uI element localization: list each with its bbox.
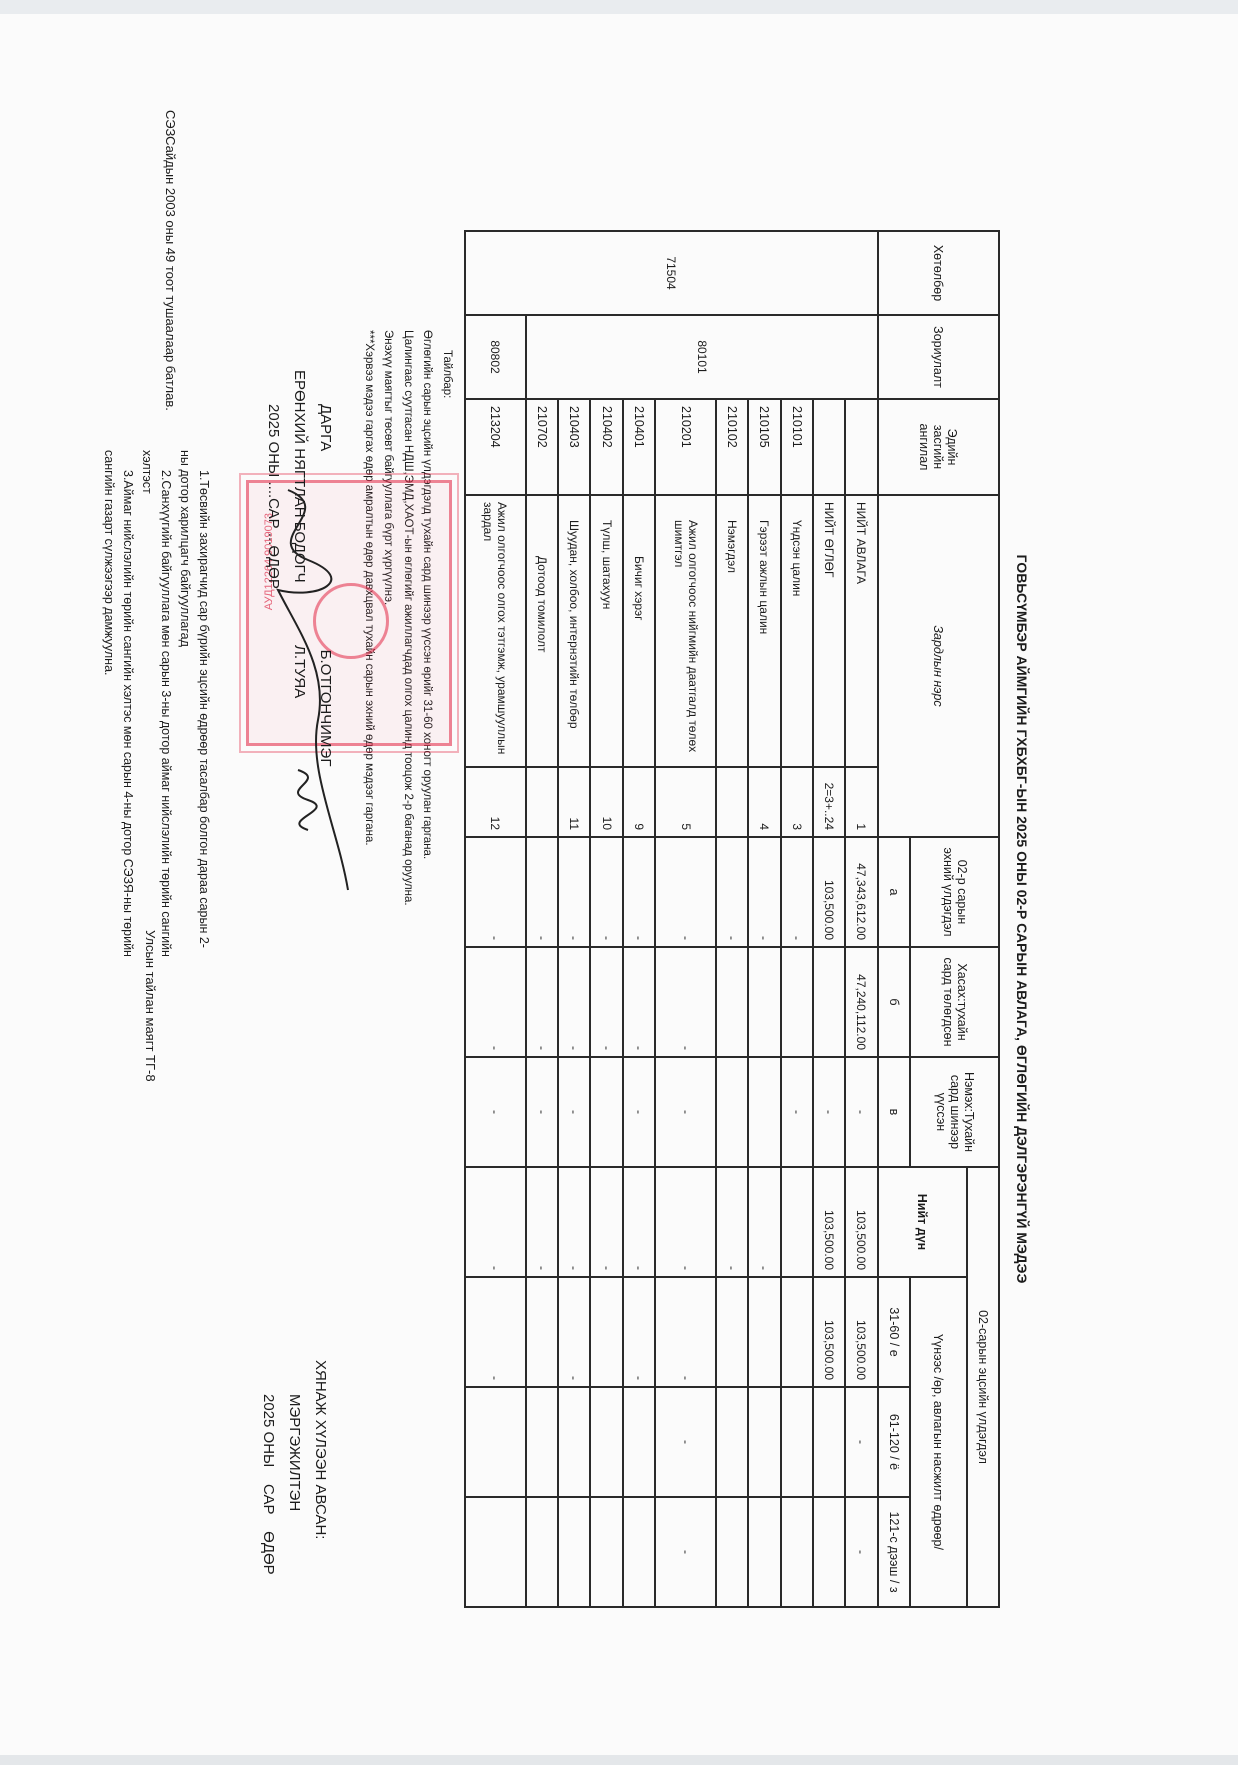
note-line: ны дотор харилцагч байгууллагад [175, 290, 194, 1130]
line-number: 9 [623, 767, 655, 837]
econ-code: 210702 [526, 399, 558, 495]
line-number: 1 [845, 767, 877, 837]
plus-new-value [716, 1057, 748, 1167]
allocation-code: 80101 [526, 315, 878, 399]
col-aging-61-120: 61-120 / ё [878, 1387, 910, 1497]
aging-121-plus-value [526, 1497, 558, 1607]
receivables-payables-table: ХөтөлбөрЗориулалтЭдийн засгийн ангилалЗа… [464, 230, 1000, 1608]
total-value: 103,500.00 [845, 1167, 877, 1277]
plus-new-value: - [623, 1057, 655, 1167]
review-date: 2025 ОНЫ САР ӨДӨР [255, 1360, 281, 1575]
col-plus-new: Нэмэх:Тухайн сард шинээр үүссэн [910, 1057, 999, 1167]
aging-121-plus-value [465, 1497, 526, 1607]
table-row: 210702Дотоод томилолт---- [526, 231, 558, 1607]
line-number: 10 [590, 767, 622, 837]
econ-code: 213204 [465, 399, 526, 495]
scan-edge-bottom [0, 1755, 1238, 1765]
aging-61-120-value [623, 1387, 655, 1497]
col-aging-group: Үүнээс /өр, авлагын насжилт өдрөөр/ [910, 1277, 967, 1607]
col-aging-121-plus: 121-с дээш / з [878, 1497, 910, 1607]
aging-31-60-value: - [558, 1277, 590, 1387]
econ-code: 210401 [623, 399, 655, 495]
total-value [781, 1167, 813, 1277]
total-value: - [558, 1167, 590, 1277]
aging-121-plus-value [716, 1497, 748, 1607]
total-value: - [465, 1167, 526, 1277]
expense-name: Ажил олгогчоос олгох тэтгэмж, урамшууллы… [465, 495, 526, 767]
table-row: 210101Үндсэн цалин3-- [781, 231, 813, 1607]
col-total: Нийт дүн [878, 1167, 967, 1277]
signature-scribble-icon [248, 470, 358, 910]
plus-new-value: - [781, 1057, 813, 1167]
col-opening-balance: 02-р сарын эхний үлдэгдэл [910, 837, 999, 947]
table-row: 7150480101НИЙТ АВЛАГА147,343,612.0047,24… [845, 231, 877, 1607]
table-row: 210402Түлш, шатахуун10--- [590, 231, 622, 1607]
aging-61-120-value [590, 1387, 622, 1497]
col-econ-class: Эдийн засгийн ангилал [878, 399, 999, 495]
line-number: 11 [558, 767, 590, 837]
table-row: НИЙТ ӨГЛӨГ2=3+..24103,500.00-103,500.001… [813, 231, 845, 1607]
aging-31-60-value [590, 1277, 622, 1387]
expense-name: Ажил олгогчоос нийгмийн даатгалд төлөх ш… [655, 495, 716, 767]
header-row: ХөтөлбөрЗориулалтЭдийн засгийн ангилалЗа… [967, 231, 999, 1607]
plus-new-value: - [558, 1057, 590, 1167]
plus-new-value: - [845, 1057, 877, 1167]
minus-paid-value [813, 947, 845, 1057]
econ-code: 210102 [716, 399, 748, 495]
expense-name: Түлш, шатахуун [590, 495, 622, 767]
minus-paid-value: - [623, 947, 655, 1057]
opening-balance-value: 103,500.00 [813, 837, 845, 947]
aging-121-plus-value [781, 1497, 813, 1607]
aging-31-60-value: - [655, 1277, 716, 1387]
line-number [526, 767, 558, 837]
line-number: 2=3+..24 [813, 767, 845, 837]
opening-balance-value: - [716, 837, 748, 947]
expense-name: Гэрээт ажлын цалин [748, 495, 780, 767]
table-row: 80802213204Ажил олгогчоос олгох тэтгэмж,… [465, 231, 526, 1607]
aging-121-plus-value [813, 1497, 845, 1607]
col-closing-group: 02-сарын эцсийн үлдэгдэл [967, 1167, 999, 1607]
aging-61-120-value [526, 1387, 558, 1497]
line-number: 12 [465, 767, 526, 837]
aging-31-60-value [781, 1277, 813, 1387]
aging-31-60-value: 103,500.00 [813, 1277, 845, 1387]
plus-new-value [590, 1057, 622, 1167]
econ-code: 210402 [590, 399, 622, 495]
col-expense-type: Зардлын нэрс [878, 495, 999, 837]
aging-61-120-value: - [845, 1387, 877, 1497]
expense-name: Дотоод томилолт [526, 495, 558, 767]
opening-balance-value: - [590, 837, 622, 947]
total-value: - [748, 1167, 780, 1277]
minus-paid-value: 47,240,112.00 [845, 947, 877, 1057]
document-title: ГОВЬСҮМБЭР АЙМГИЙН ГХБХБГ-ЫН 2025 ОНЫ 02… [1014, 230, 1030, 1608]
aging-121-plus-value [590, 1497, 622, 1607]
econ-code [813, 399, 845, 495]
econ-code: 210105 [748, 399, 780, 495]
note-line: сангийн газарт сүлжээгээр дамжуулна. [99, 290, 118, 1130]
aging-61-120-value: - [655, 1387, 716, 1497]
aging-121-plus-value [748, 1497, 780, 1607]
total-value: 103,500.00 [813, 1167, 845, 1277]
table-row: 210403Шуудан, холбоо, интернэтийн төлбөр… [558, 231, 590, 1607]
aging-61-120-value [558, 1387, 590, 1497]
total-value: - [623, 1167, 655, 1277]
opening-balance-value: - [623, 837, 655, 947]
opening-balance-value: - [655, 837, 716, 947]
review-label: ХЯНАЖ ХҮЛЭЭН АВСАН: [307, 1360, 333, 1575]
total-value: - [655, 1167, 716, 1277]
opening-balance-value: - [526, 837, 558, 947]
econ-code: 210403 [558, 399, 590, 495]
aging-31-60-value: - [623, 1277, 655, 1387]
minus-paid-value: - [526, 947, 558, 1057]
plus-new-value: - [813, 1057, 845, 1167]
aging-121-plus-value [623, 1497, 655, 1607]
submission-notes: 1.Төсвийн захирагчид сар бүрийн эцсийн ө… [99, 290, 213, 1130]
aging-31-60-value: 103,500.00 [845, 1277, 877, 1387]
opening-balance-value: 47,343,612.00 [845, 837, 877, 947]
letter-b: б [878, 947, 910, 1057]
table-row: 210401Бичиг хэрэг9----- [623, 231, 655, 1607]
line-number: 4 [748, 767, 780, 837]
minus-paid-value: - [655, 947, 716, 1057]
aging-61-120-value [465, 1387, 526, 1497]
aging-31-60-value: - [465, 1277, 526, 1387]
minus-paid-value: - [590, 947, 622, 1057]
econ-code: 210201 [655, 399, 716, 495]
note-line: 2.Санхүүгийн байгууллага мөн сарын 3-ны … [156, 290, 175, 1130]
minus-paid-value [781, 947, 813, 1057]
document-page: СЭЗСайдын 2003 оны 49 тоот тушаалаар бат… [0, 0, 1238, 1765]
aging-61-120-value [748, 1387, 780, 1497]
opening-balance-value: - [465, 837, 526, 947]
total-value: - [716, 1167, 748, 1277]
expense-name: НИЙТ ӨГЛӨГ [813, 495, 845, 767]
expense-name: НИЙТ АВЛАГА [845, 495, 877, 767]
econ-code [845, 399, 877, 495]
minus-paid-value [748, 947, 780, 1057]
opening-balance-value: - [781, 837, 813, 947]
aging-61-120-value [813, 1387, 845, 1497]
allocation-code: 80802 [465, 315, 526, 399]
line-number: 5 [655, 767, 716, 837]
expense-name: Шуудан, холбоо, интернэтийн төлбөр [558, 495, 590, 767]
program-code: 71504 [465, 231, 878, 315]
note-line: 3.Аймаг нийслэлийн төрийн сангийн хэлтэс… [118, 290, 137, 1130]
aging-121-plus-value: - [655, 1497, 716, 1607]
plus-new-value: - [465, 1057, 526, 1167]
aging-31-60-value [716, 1277, 748, 1387]
letter-v: в [878, 1057, 910, 1167]
aging-121-plus-value: - [845, 1497, 877, 1607]
econ-code: 210101 [781, 399, 813, 495]
aging-31-60-value [748, 1277, 780, 1387]
note-line: 1.Төсвийн захирагчид сар бүрийн эцсийн ө… [194, 290, 213, 1130]
total-value: - [526, 1167, 558, 1277]
col-allocation: Зориулалт [878, 315, 999, 399]
col-minus-paid: Хасах:тухайн сард төлөгдсөн [910, 947, 999, 1057]
col-program: Хөтөлбөр [878, 231, 999, 315]
expense-name: Нэмэгдэл [716, 495, 748, 767]
aging-121-plus-value [558, 1497, 590, 1607]
director-title: ДАРГА [317, 404, 334, 451]
line-number: 3 [781, 767, 813, 837]
letter-a: а [878, 837, 910, 947]
total-value: - [590, 1167, 622, 1277]
review-block: ХЯНАЖ ХҮЛЭЭН АВСАН: МЭРГЭЖИЛТЭН 2025 ОНЫ… [255, 1360, 333, 1575]
note-line: хэлтэст [137, 290, 156, 1130]
opening-balance-value: - [558, 837, 590, 947]
aging-61-120-value [781, 1387, 813, 1497]
minus-paid-value: - [558, 947, 590, 1057]
expense-name: Бичиг хэрэг [623, 495, 655, 767]
aging-31-60-value [526, 1277, 558, 1387]
plus-new-value [748, 1057, 780, 1167]
table-row: 210102Нэмэгдэл-- [716, 231, 748, 1607]
plus-new-value: - [655, 1057, 716, 1167]
review-role: МЭРГЭЖИЛТЭН [281, 1360, 307, 1575]
col-aging-31-60: 31-60 / е [878, 1277, 910, 1387]
minus-paid-value [716, 947, 748, 1057]
minus-paid-value: - [465, 947, 526, 1057]
line-number [716, 767, 748, 837]
aging-61-120-value [716, 1387, 748, 1497]
expense-name: Үндсэн цалин [781, 495, 813, 767]
table-row: 210105Гэрээт ажлын цалин4-- [748, 231, 780, 1607]
plus-new-value: - [526, 1057, 558, 1167]
table-row: 210201Ажил олгогчоос нийгмийн даатгалд т… [655, 231, 716, 1607]
opening-balance-value: - [748, 837, 780, 947]
